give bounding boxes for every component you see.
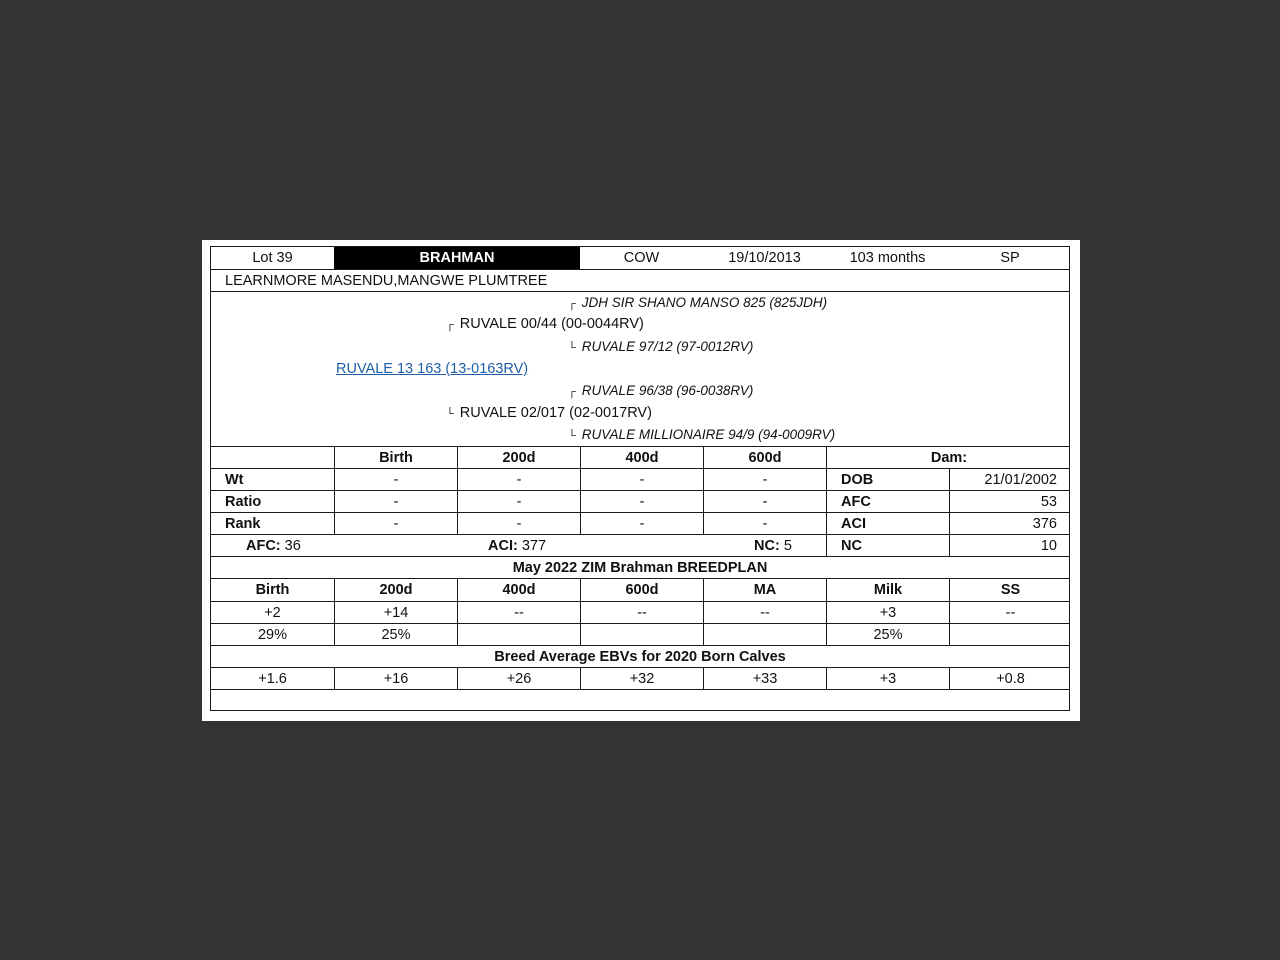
nc-label: NC: (754, 538, 780, 554)
performance-col-birth: Birth (334, 447, 457, 468)
ebv-value: -- (457, 602, 580, 623)
performance-header-row: Birth 200d 400d 600d Dam: (211, 447, 1069, 469)
performance-row: Ratio - - - - AFC 53 (211, 491, 1069, 513)
ebv-value: +14 (334, 602, 457, 623)
bracket-bottom-icon: └ (446, 408, 454, 420)
pedigree-dam-dam: └RUVALE MILLIONAIRE 94/9 (94-0009RV) (568, 427, 835, 442)
value-cell: - (703, 469, 826, 490)
afc-value: 36 (285, 538, 301, 554)
ebv-title: May 2022 ZIM Brahman BREEDPLAN (211, 557, 1069, 578)
pedigree-sire: ┌RUVALE 00/44 (00-0044RV) (446, 316, 644, 332)
ebv-accuracy (703, 624, 826, 645)
value-cell: - (703, 491, 826, 512)
dam-value: 21/01/2002 (949, 469, 1071, 490)
performance-col-600d: 600d (703, 447, 826, 468)
dam-title: Dam: (826, 447, 1071, 468)
performance-col-400d: 400d (580, 447, 703, 468)
ebv-column-header: 400d (457, 579, 580, 601)
dam-sire-name: RUVALE 96/38 (96-0038RV) (582, 383, 754, 398)
ebv-title-row: May 2022 ZIM Brahman BREEDPLAN (211, 557, 1069, 579)
nc-summary: NC: 5 (754, 535, 824, 556)
row-label: Rank (211, 513, 334, 534)
aci-summary: ACI: 377 (488, 535, 638, 556)
bracket-bottom-icon: └ (568, 430, 576, 442)
ebv-accuracy (949, 624, 1071, 645)
value-cell: - (334, 469, 457, 490)
dam-name: RUVALE 02/017 (02-0017RV) (460, 405, 652, 421)
ebv-accuracy: 25% (334, 624, 457, 645)
ebv-column-header: Milk (826, 579, 949, 601)
breed-average-value: +16 (334, 668, 457, 689)
bracket-top-icon: ┌ (568, 298, 576, 310)
breed-label: BRAHMAN (334, 247, 580, 269)
breed-average-title-row: Breed Average EBVs for 2020 Born Calves (211, 646, 1069, 668)
dam-dam-name: RUVALE MILLIONAIRE 94/9 (94-0009RV) (582, 427, 835, 442)
animal-link[interactable]: RUVALE 13 163 (13-0163RV) (336, 361, 528, 377)
bracket-top-icon: ┌ (568, 386, 576, 398)
ebv-accuracy: 25% (826, 624, 949, 645)
pedigree-dam: └RUVALE 02/017 (02-0017RV) (446, 405, 652, 421)
nc-value: 5 (784, 538, 792, 554)
ebv-column-header: SS (949, 579, 1071, 601)
row-label: Ratio (211, 491, 334, 512)
dam-label: ACI (826, 513, 949, 534)
value-cell: - (580, 491, 703, 512)
ebv-values-row: +2+14------+3-- (211, 602, 1069, 624)
breed-average-value: +26 (457, 668, 580, 689)
age-label: 103 months (826, 247, 949, 269)
ebv-value: +2 (211, 602, 334, 623)
breed-average-value: +3 (826, 668, 949, 689)
ebv-column-header: Birth (211, 579, 334, 601)
breed-average-value: +0.8 (949, 668, 1071, 689)
ebv-accuracy: 29% (211, 624, 334, 645)
value-cell: - (334, 491, 457, 512)
lot-table: Lot 39 BRAHMAN COW 19/10/2013 103 months… (210, 246, 1070, 711)
ebv-value: -- (703, 602, 826, 623)
dam-label: AFC (826, 491, 949, 512)
ebv-accuracy-row: 29%25%25% (211, 624, 1069, 646)
owner-name: LEARNMORE MASENDU,MANGWE PLUMTREE (211, 270, 1069, 291)
breed-average-value: +32 (580, 668, 703, 689)
bracket-top-icon: ┌ (446, 319, 454, 331)
ebv-value: +3 (826, 602, 949, 623)
performance-row: Wt - - - - DOB 21/01/2002 (211, 469, 1069, 491)
lot-number: Lot 39 (211, 247, 334, 269)
ebv-column-header: 200d (334, 579, 457, 601)
value-cell: - (703, 513, 826, 534)
afc-label: AFC: (246, 538, 281, 554)
sire-dam-name: RUVALE 97/12 (97-0012RV) (582, 339, 754, 354)
sex-label: COW (580, 247, 703, 269)
value-cell: - (457, 469, 580, 490)
aci-value: 377 (522, 538, 546, 554)
dam-label: DOB (826, 469, 949, 490)
afc-summary: AFC: 36 (246, 535, 396, 556)
header-row: Lot 39 BRAHMAN COW 19/10/2013 103 months… (211, 247, 1069, 270)
animal-card: Lot 39 BRAHMAN COW 19/10/2013 103 months… (202, 240, 1080, 721)
aci-label: ACI: (488, 538, 518, 554)
pedigree-sire-dam: └RUVALE 97/12 (97-0012RV) (568, 339, 753, 354)
performance-col-blank (211, 447, 334, 468)
bracket-bottom-icon: └ (568, 342, 576, 354)
value-cell: - (334, 513, 457, 534)
sire-name: RUVALE 00/44 (00-0044RV) (460, 316, 644, 332)
pedigree-dam-sire: ┌RUVALE 96/38 (96-0038RV) (568, 383, 753, 398)
sire-sire-name: JDH SIR SHANO MANSO 825 (825JDH) (582, 295, 827, 310)
ebv-column-header: MA (703, 579, 826, 601)
ebv-value: -- (949, 602, 1071, 623)
breed-average-value: +33 (703, 668, 826, 689)
performance-row: Rank - - - - ACI 376 (211, 513, 1069, 535)
dob-label: 19/10/2013 (703, 247, 826, 269)
ebv-value: -- (580, 602, 703, 623)
pedigree-section: ┌JDH SIR SHANO MANSO 825 (825JDH) ┌RUVAL… (211, 292, 1069, 447)
performance-col-200d: 200d (457, 447, 580, 468)
breed-average-value: +1.6 (211, 668, 334, 689)
code-label: SP (949, 247, 1071, 269)
summary-row: AFC: 36 ACI: 377 NC: 5 NC 10 (211, 535, 1069, 557)
ebv-header-row: Birth200d400d600dMAMilkSS (211, 579, 1069, 602)
row-label: Wt (211, 469, 334, 490)
empty-row (211, 690, 1069, 710)
ebv-column-header: 600d (580, 579, 703, 601)
ebv-accuracy (457, 624, 580, 645)
dam-label: NC (826, 535, 949, 556)
dam-value: 53 (949, 491, 1071, 512)
value-cell: - (580, 513, 703, 534)
value-cell: - (457, 491, 580, 512)
dam-value: 10 (949, 535, 1071, 556)
breed-average-title: Breed Average EBVs for 2020 Born Calves (211, 646, 1069, 667)
pedigree-sire-sire: ┌JDH SIR SHANO MANSO 825 (825JDH) (568, 295, 827, 310)
ebv-accuracy (580, 624, 703, 645)
dam-value: 376 (949, 513, 1071, 534)
owner-row: LEARNMORE MASENDU,MANGWE PLUMTREE (211, 270, 1069, 292)
breed-average-values-row: +1.6+16+26+32+33+3+0.8 (211, 668, 1069, 690)
value-cell: - (580, 469, 703, 490)
value-cell: - (457, 513, 580, 534)
